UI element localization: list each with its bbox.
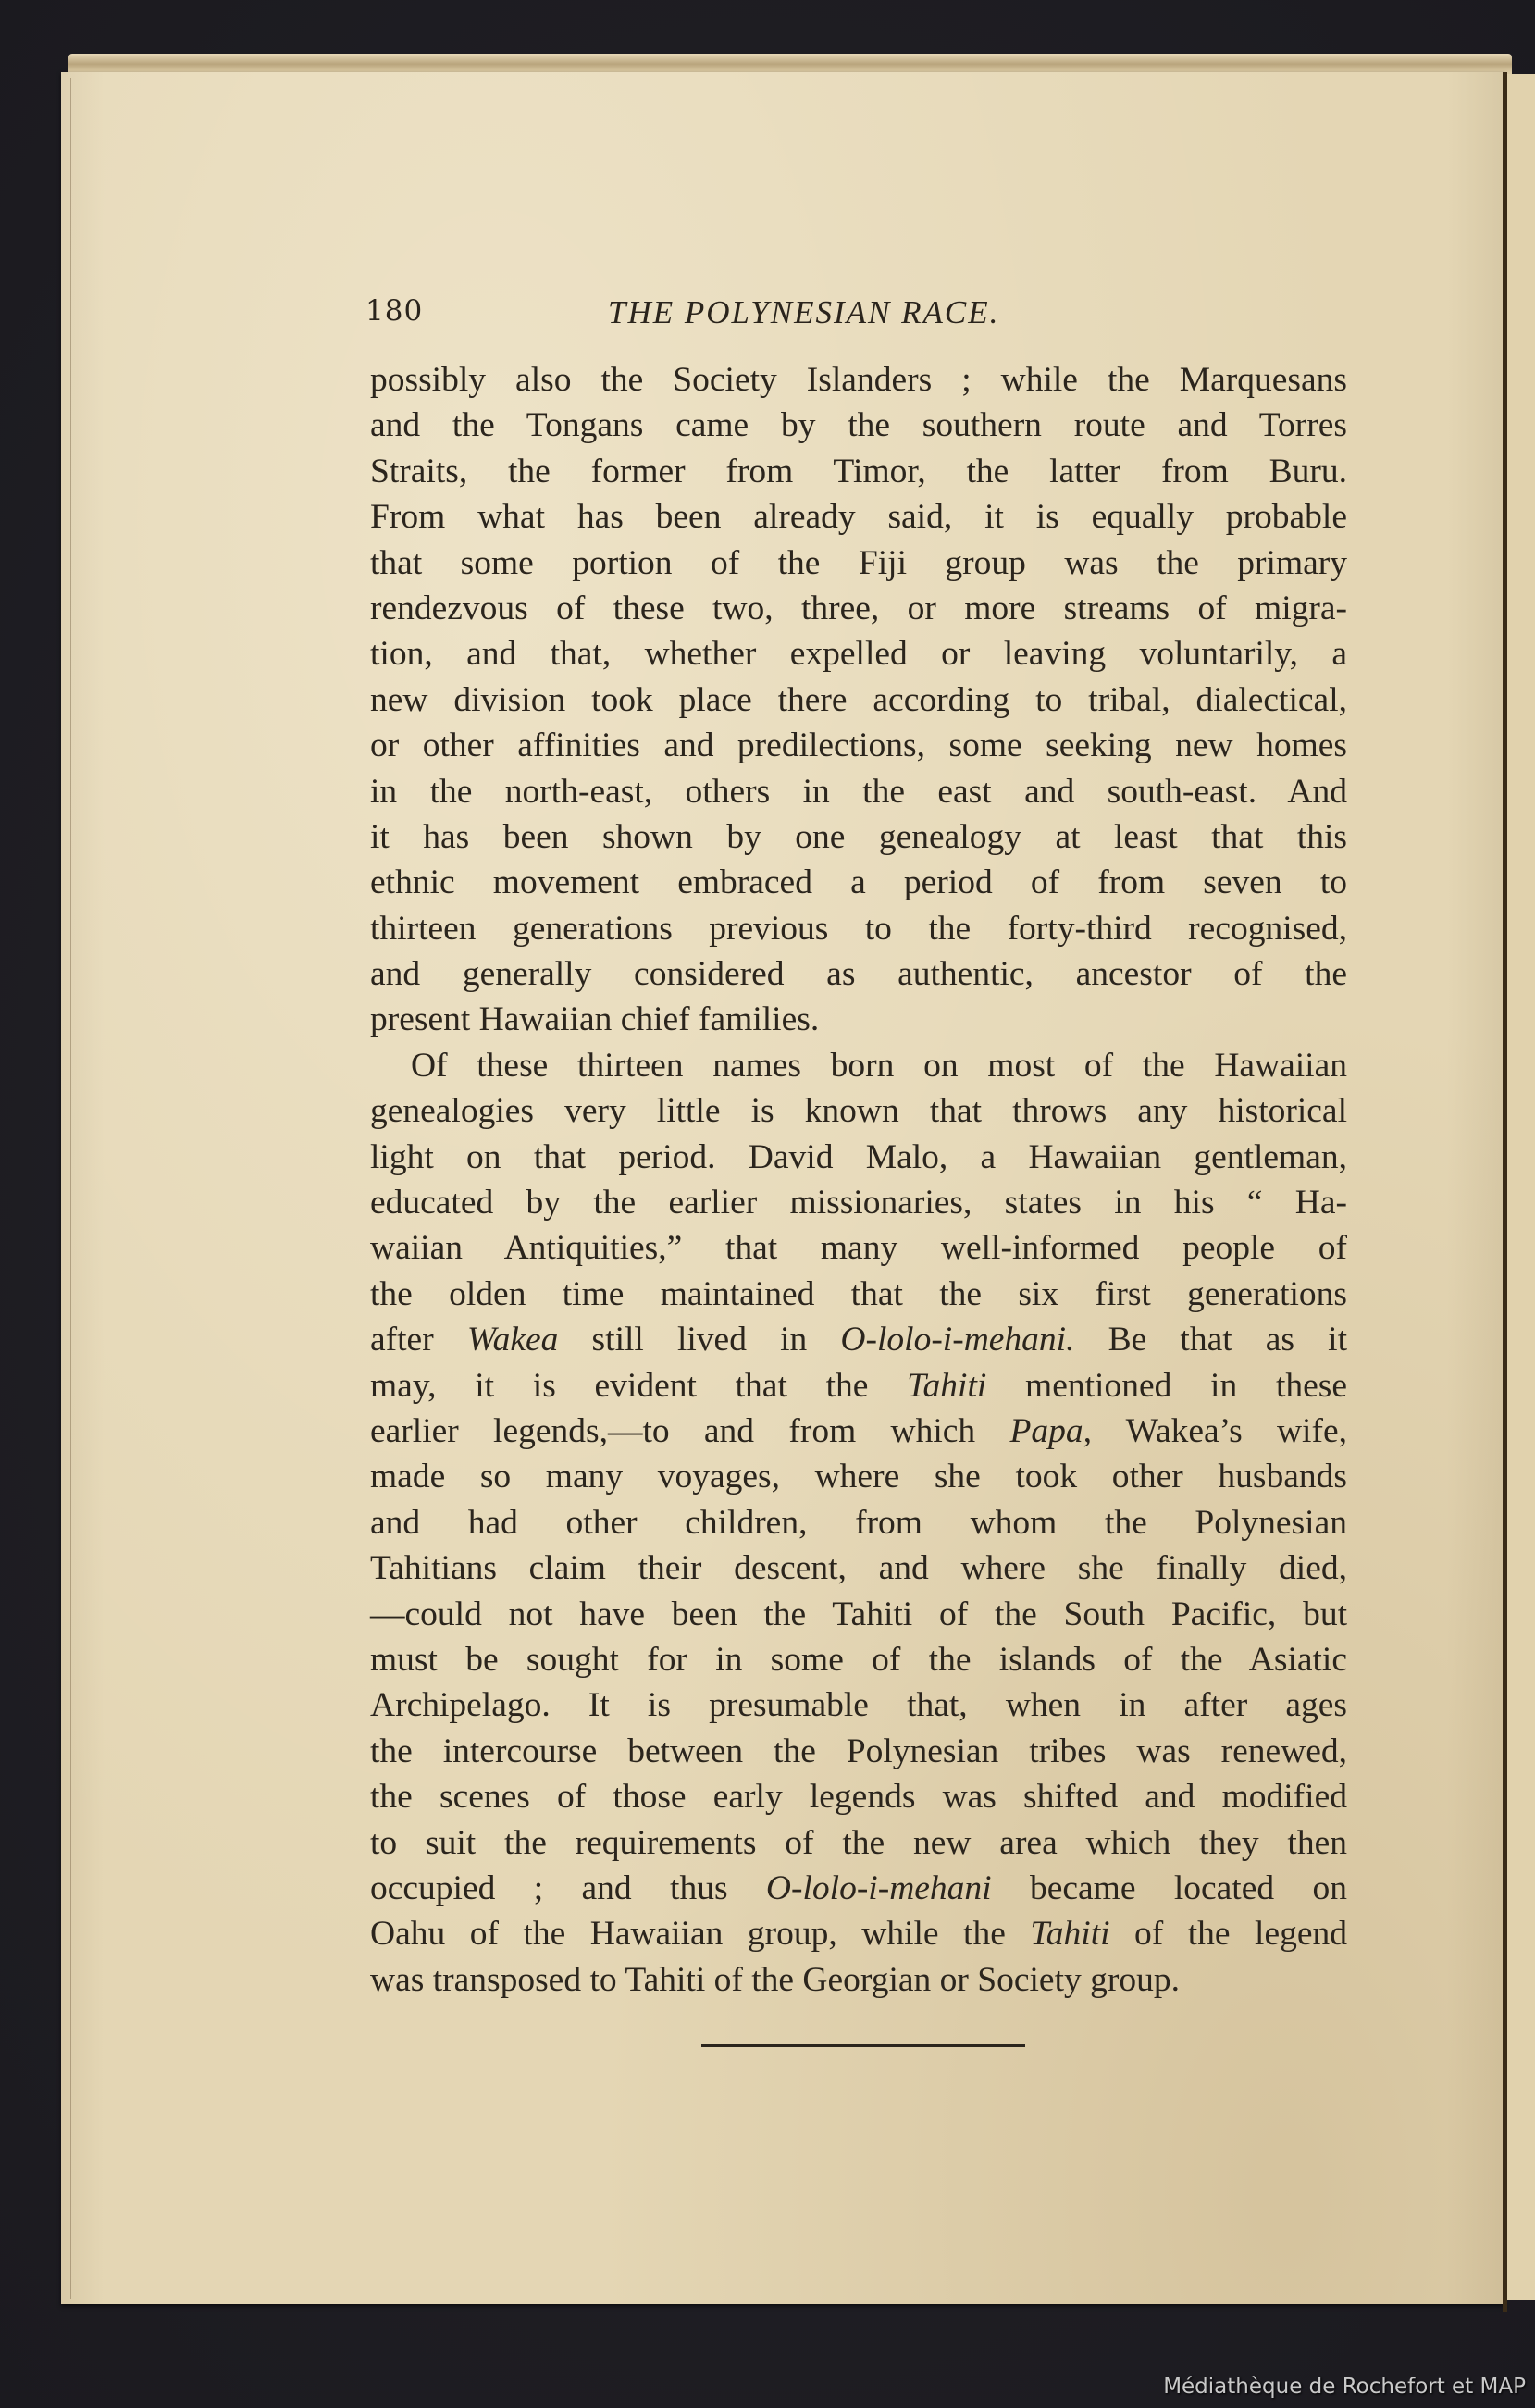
italic-place: O-lolo-i-mehani (766, 1869, 992, 1907)
text-line: rendezvous of these two, three, or more … (370, 586, 1347, 631)
facing-page-edge (1507, 74, 1535, 2300)
text-line: it has been shown by one genealogy at le… (370, 814, 1347, 860)
text-line: waiian Antiquities,” that many well-info… (370, 1225, 1347, 1271)
text-line: educated by the earlier missionaries, st… (370, 1180, 1347, 1225)
text-run: of the legend (1110, 1915, 1347, 1953)
text-run: Be that as it (1074, 1321, 1347, 1359)
text-line: occupied ; and thus O-lolo-i-mehani beca… (370, 1866, 1347, 1911)
text-line: to suit the requirements of the new area… (370, 1820, 1347, 1866)
text-line: tion, and that, whether expelled or leav… (370, 631, 1347, 676)
text-run: mentioned in these (986, 1367, 1347, 1405)
text-line: new division took place there according … (370, 677, 1347, 723)
text-line: and generally considered as authentic, a… (370, 951, 1347, 997)
text-line: thirteen generations previous to the for… (370, 906, 1347, 951)
text-run: earlier legends,—to and from which (370, 1412, 1009, 1450)
page-fold-line (70, 78, 71, 2299)
text-line: possibly also the Society Islanders ; wh… (370, 357, 1347, 403)
text-run: may, it is evident that the (370, 1367, 907, 1405)
page-number: 180 (365, 294, 423, 328)
text-run: after (370, 1321, 467, 1359)
text-line: in the north-east, others in the east an… (370, 769, 1347, 814)
italic-name: Papa, (1009, 1412, 1092, 1450)
running-title: THE POLYNESIAN RACE. (608, 294, 999, 331)
text-run: Oahu of the Hawaiian group, while the (370, 1915, 1030, 1953)
text-line: Straits, the former from Timor, the latt… (370, 449, 1347, 494)
paragraph-start-line: Of these thirteen names born on most of … (370, 1043, 1347, 1088)
text-line: From what has been already said, it is e… (370, 494, 1347, 540)
text-line: Tahitians claim their descent, and where… (370, 1545, 1347, 1591)
text-line: the scenes of those early legends was sh… (370, 1774, 1347, 1819)
text-run: became located on (992, 1869, 1347, 1907)
text-line: that some portion of the Fiji group was … (370, 540, 1347, 586)
text-line: and had other children, from whom the Po… (370, 1500, 1347, 1545)
italic-name: Wakea (467, 1321, 559, 1359)
text-line: Oahu of the Hawaiian group, while the Ta… (370, 1911, 1347, 1956)
text-run: still lived in (558, 1321, 840, 1359)
text-line: or other affinities and predilections, s… (370, 723, 1347, 768)
text-line: and the Tongans came by the southern rou… (370, 403, 1347, 448)
text-line: after Wakea still lived in O-lolo-i-meha… (370, 1317, 1347, 1362)
text-line: made so many voyages, where she took oth… (370, 1454, 1347, 1499)
text-line: —could not have been the Tahiti of the S… (370, 1592, 1347, 1637)
text-line: earlier legends,—to and from which Papa,… (370, 1409, 1347, 1454)
text-line: present Hawaiian chief families. (370, 997, 1347, 1042)
text-line: may, it is evident that the Tahiti menti… (370, 1363, 1347, 1409)
text-line: was transposed to Tahiti of the Georgian… (370, 1957, 1347, 2003)
running-head: 180 THE POLYNESIAN RACE. (365, 294, 1346, 341)
italic-place: Tahiti (907, 1367, 986, 1405)
text-line: the olden time maintained that the six f… (370, 1272, 1347, 1317)
text-line: Archipelago. It is presumable that, when… (370, 1682, 1347, 1728)
italic-place: Tahiti (1030, 1915, 1109, 1953)
text-line: genealogies very little is known that th… (370, 1088, 1347, 1134)
text-run: occupied ; and thus (370, 1869, 766, 1907)
section-end-rule (701, 2044, 1025, 2047)
italic-place: O-lolo-i-mehani. (840, 1321, 1074, 1359)
text-line: must be sought for in some of the island… (370, 1637, 1347, 1682)
library-watermark: Médiathèque de Rochefort et MAP (1163, 2375, 1526, 2399)
text-line: light on that period. David Malo, a Hawa… (370, 1135, 1347, 1180)
text-line: the intercourse between the Polynesian t… (370, 1729, 1347, 1774)
text-line: ethnic movement embraced a period of fro… (370, 860, 1347, 905)
text-run: Wakea’s wife, (1092, 1412, 1347, 1450)
body-text: possibly also the Society Islanders ; wh… (370, 357, 1347, 2003)
